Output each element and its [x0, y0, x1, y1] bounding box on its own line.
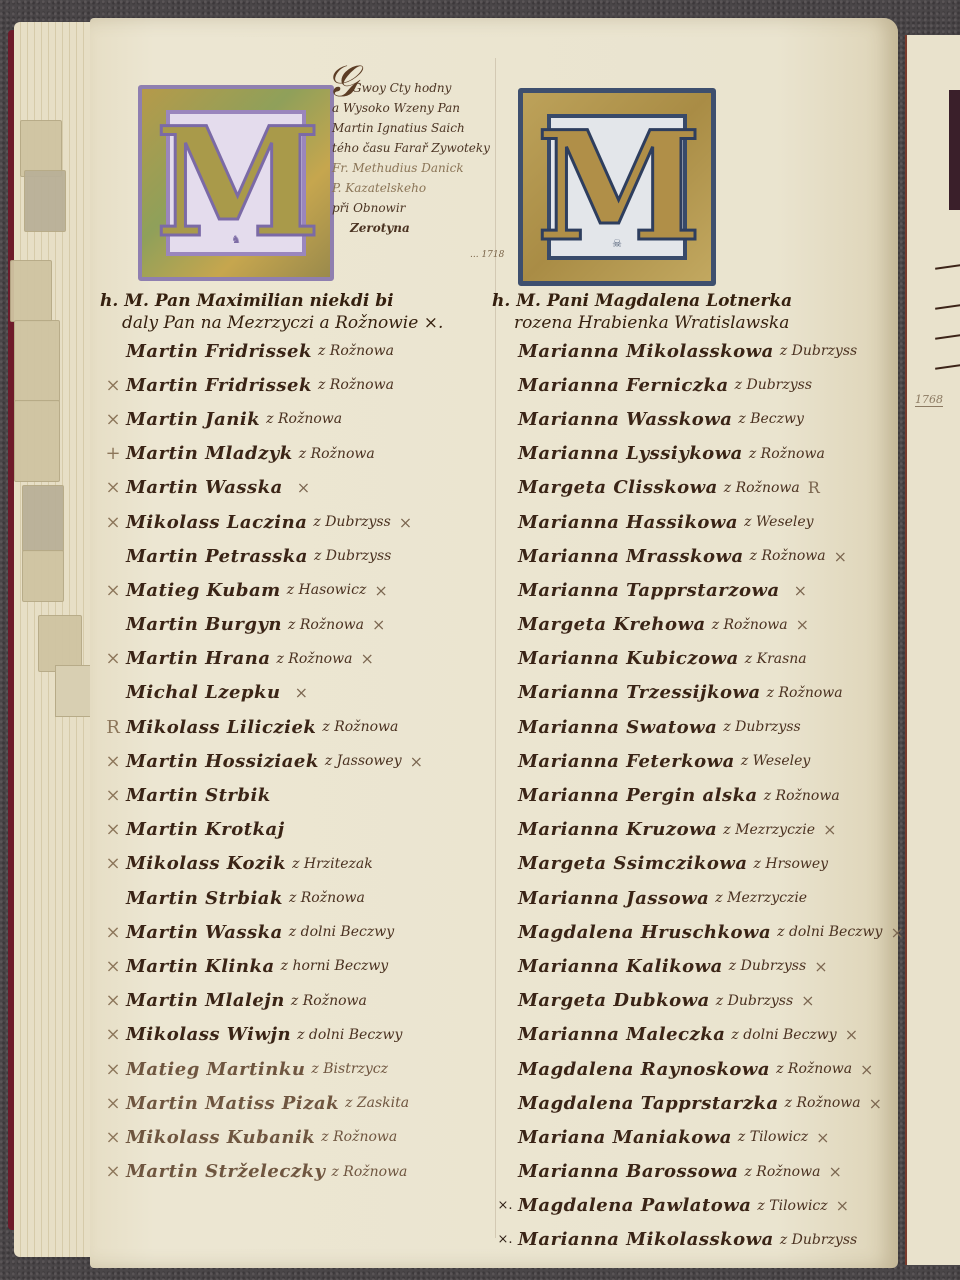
- list-item: ×Martin Matiss Pizakz Zaskita: [100, 1086, 510, 1120]
- member-name: Marianna Mrasskowa: [518, 546, 744, 567]
- cross-mark-icon: ×.: [492, 1232, 518, 1247]
- list-item: Martin Petrasskaz Dubrzyss: [100, 539, 510, 573]
- member-place: z Dubrzyss: [314, 548, 391, 564]
- member-place: z Zaskita: [345, 1095, 409, 1111]
- member-name: Margeta Dubkowa: [518, 990, 710, 1011]
- header-line: Fr. Methudius Danick: [332, 158, 517, 178]
- member-place: z Rožnowa: [289, 890, 365, 906]
- list-item: ×Matieg Kubamz Hasowicz×: [100, 573, 510, 607]
- member-name: Martin Mladzyk: [126, 443, 293, 464]
- list-item: ×Matieg Martinkuz Bistrzycz: [100, 1052, 510, 1086]
- member-name: Michal Lzepku: [126, 682, 281, 703]
- member-name: Marianna Pergin alska: [518, 785, 758, 806]
- deceased-mark-icon: ×: [796, 615, 809, 634]
- member-name: Marianna Lyssiykowa: [518, 443, 743, 464]
- cross-mark-icon: ×: [100, 1024, 126, 1045]
- member-name: Marianna Kalikowa: [518, 956, 723, 977]
- cross-mark-icon: ×: [100, 580, 126, 601]
- member-place: z Beczwy: [738, 411, 804, 427]
- list-item: Marianna Feterkowaz Weseley: [492, 744, 892, 778]
- list-item: Michal Lzepku×: [100, 676, 510, 710]
- member-name: Martin Wasska: [126, 477, 283, 498]
- member-name: Marianna Barossowa: [518, 1161, 738, 1182]
- list-item: Martin Burgynz Rožnowa×: [100, 608, 510, 642]
- member-name: Marianna Tapprstarzowa: [518, 580, 780, 601]
- cross-mark-icon: ×: [100, 990, 126, 1011]
- deceased-mark-icon: ×: [845, 1025, 858, 1044]
- cross-mark-icon: ×: [100, 853, 126, 874]
- member-place: z Mezrzyczie: [723, 822, 815, 838]
- cross-mark-icon: ×: [100, 375, 126, 396]
- deceased-mark-icon: ×: [372, 615, 385, 634]
- member-place: z Rožnowa: [750, 548, 826, 564]
- list-item: ×.Magdalena Pawlatowaz Tilowicz×: [492, 1189, 892, 1223]
- member-place: z Rožnowa: [299, 446, 375, 462]
- member-place: z Tilowicz: [757, 1198, 827, 1214]
- heading-subline: rozena Hrabienka Wratislawska: [492, 312, 892, 334]
- member-name: Margeta Krehowa: [518, 614, 706, 635]
- member-name: Matieg Kubam: [126, 580, 281, 601]
- member-name: Margeta Ssimczikowa: [518, 853, 748, 874]
- list-item: ×Martin Mlalejnz Rožnowa: [100, 984, 510, 1018]
- member-name: Marianna Maleczka: [518, 1024, 725, 1045]
- member-name: Margeta Clisskowa: [518, 477, 718, 498]
- list-item: ×Mikolass Laczinaz Dubrzyss×: [100, 505, 510, 539]
- member-name: Martin Mlalejn: [126, 990, 285, 1011]
- list-item: Marianna Kruzowaz Mezrzyczie×: [492, 813, 892, 847]
- member-place: z Dubrzyss: [729, 958, 806, 974]
- deceased-mark-icon: R: [808, 478, 820, 497]
- list-item: ×Mikolass Kozikz Hrzitezak: [100, 847, 510, 881]
- left-column: h. M. Pan Maximilian niekdi bi daly Pan …: [100, 290, 510, 1189]
- member-name: Magdalena Hruschkowa: [518, 922, 771, 943]
- right-column: h. M. Pani Magdalena Lotnerka rozena Hra…: [492, 290, 892, 1257]
- member-place: z Dubrzyss: [716, 993, 793, 1009]
- index-tab[interactable]: [14, 400, 60, 482]
- member-name: Martin Krotkaj: [126, 819, 285, 840]
- list-item: ×Martin Janikz Rožnowa: [100, 402, 510, 436]
- member-name: Marianna Mikolasskowa: [518, 341, 774, 362]
- cross-mark-icon: ×: [100, 819, 126, 840]
- list-item: Marianna Trzessijkowaz Rožnowa: [492, 676, 892, 710]
- member-name: Martin Strbiak: [126, 888, 283, 909]
- member-name: Martin Hrana: [126, 648, 270, 669]
- deceased-mark-icon: ×: [834, 547, 847, 566]
- cross-mark-icon: ×: [100, 956, 126, 977]
- list-item: ×Martin Wasska×: [100, 471, 510, 505]
- deceased-mark-icon: ×: [890, 923, 903, 942]
- deceased-mark-icon: ×: [410, 752, 423, 771]
- member-name: Martin Wasska: [126, 922, 283, 943]
- list-item: Marianna Wasskowaz Beczwy: [492, 402, 892, 436]
- member-place: z Rožnowa: [785, 1095, 861, 1111]
- list-item: Marianna Tapprstarzowa×: [492, 573, 892, 607]
- list-item: Margeta Dubkowaz Dubrzyss×: [492, 984, 892, 1018]
- horseman-icon: ♞: [231, 233, 241, 246]
- header-line: P. Kazatelskeho: [332, 178, 517, 198]
- deceased-mark-icon: ×: [828, 1162, 841, 1181]
- member-place: z Krasna: [745, 651, 807, 667]
- deceased-mark-icon: ×: [295, 683, 308, 702]
- list-item: Mariana Maniakowaz Tilowicz×: [492, 1120, 892, 1154]
- deceased-mark-icon: ×: [360, 649, 373, 668]
- member-name: Marianna Feterkowa: [518, 751, 735, 772]
- index-tab[interactable]: [38, 615, 82, 672]
- list-item: ×Mikolass Wiwjnz dolni Beczwy: [100, 1018, 510, 1052]
- header-line: Gwoy Cty hodny: [332, 78, 517, 98]
- deceased-mark-icon: ×: [823, 820, 836, 839]
- member-place: z Tilowicz: [738, 1129, 808, 1145]
- flourish-icon: 𝒢: [326, 56, 357, 107]
- list-item: ×Martin Strželeczkyz Rožnowa: [100, 1155, 510, 1189]
- header-line: a Wysoko Wzeny Pan: [332, 98, 517, 118]
- member-place: z dolni Beczwy: [297, 1027, 402, 1043]
- member-name: Marianna Trzessijkowa: [518, 682, 761, 703]
- list-item: ×Martin Hossiziaekz Jassowey×: [100, 744, 510, 778]
- list-item: Marianna Ferniczkaz Dubrzyss: [492, 368, 892, 402]
- list-item: Marianna Swatowaz Dubrzyss: [492, 710, 892, 744]
- list-item: Martin Fridrissekz Rožnowa: [100, 334, 510, 368]
- member-name: Marianna Jassowa: [518, 888, 709, 909]
- cross-mark-icon: R: [100, 717, 126, 738]
- cross-mark-icon: ×: [100, 512, 126, 533]
- cross-mark-icon: ×.: [492, 1198, 518, 1213]
- member-place: z Weseley: [744, 514, 814, 530]
- member-place: z Rožnowa: [776, 1061, 852, 1077]
- cross-mark-icon: +: [100, 443, 126, 464]
- member-place: z Dubrzyss: [723, 719, 800, 735]
- member-place: z Rožnowa: [318, 377, 394, 393]
- deceased-mark-icon: ×: [869, 1094, 882, 1113]
- index-tab[interactable]: [22, 550, 64, 602]
- list-item: Marianna Lyssiykowaz Rožnowa: [492, 437, 892, 471]
- index-tab[interactable]: [14, 320, 60, 402]
- list-item: ×Mikolass Kubanikz Rožnowa: [100, 1120, 510, 1154]
- member-place: z Rožnowa: [288, 617, 364, 633]
- list-item: ×Martin Hranaz Rožnowa×: [100, 642, 510, 676]
- member-name: Martin Janik: [126, 409, 260, 430]
- member-name: Mariana Maniakowa: [518, 1127, 732, 1148]
- deceased-mark-icon: ×: [860, 1060, 873, 1079]
- member-name: Magdalena Raynoskowa: [518, 1059, 770, 1080]
- list-item: ×Martin Klinkaz horni Beczwy: [100, 949, 510, 983]
- cross-mark-icon: ×: [100, 648, 126, 669]
- member-place: z Mezrzyczie: [715, 890, 807, 906]
- member-name: Mikolass Laczina: [126, 512, 307, 533]
- ink-stroke: [935, 302, 960, 310]
- member-place: z Hrsowey: [754, 856, 829, 872]
- member-place: z Bistrzycz: [311, 1061, 388, 1077]
- header-line: Zerotyna: [332, 218, 517, 238]
- member-name: Marianna Kruzowa: [518, 819, 717, 840]
- member-name: Martin Fridrissek: [126, 375, 312, 396]
- member-name: Martin Fridrissek: [126, 341, 312, 362]
- member-name: Martin Hossiziaek: [126, 751, 319, 772]
- ink-stroke: [935, 362, 960, 370]
- deceased-mark-icon: ×: [814, 957, 827, 976]
- list-item: Marianna Jassowaz Mezrzyczie: [492, 881, 892, 915]
- list-item: Marianna Kubiczowaz Krasna: [492, 642, 892, 676]
- member-place: z Hrzitezak: [292, 856, 373, 872]
- list-item: RMikolass Lilicziekz Rožnowa: [100, 710, 510, 744]
- member-place: z Dubrzyss: [313, 514, 390, 530]
- list-item: Marianna Barossowaz Rožnowa×: [492, 1155, 892, 1189]
- list-item: ×Martin Fridrissekz Rožnowa: [100, 368, 510, 402]
- list-item: ×Martin Wasskaz dolni Beczwy: [100, 915, 510, 949]
- member-place: z Rožnowa: [318, 343, 394, 359]
- list-item: ×.Marianna Mikolasskowaz Dubrzyss: [492, 1223, 892, 1257]
- list-item: Magdalena Tapprstarzkaz Rožnowa×: [492, 1086, 892, 1120]
- entry-list: Martin Fridrissekz Rožnowa×Martin Fridri…: [100, 334, 510, 1189]
- next-page-edge: 1768: [905, 35, 960, 1265]
- index-tab[interactable]: [24, 170, 66, 232]
- member-place: z dolni Beczwy: [777, 924, 882, 940]
- member-name: Marianna Kubiczowa: [518, 648, 739, 669]
- member-place: z Dubrzyss: [780, 1232, 857, 1248]
- year-note: 1768: [915, 393, 943, 407]
- member-name: Martin Strželeczky: [126, 1161, 325, 1182]
- illuminated-initial-left: M ♞: [138, 85, 334, 281]
- deceased-mark-icon: ×: [399, 513, 412, 532]
- member-name: Martin Strbik: [126, 785, 271, 806]
- list-item: Marianna Mrasskowaz Rožnowa×: [492, 539, 892, 573]
- member-place: z Rožnowa: [764, 788, 840, 804]
- entry-list: Marianna Mikolasskowaz DubrzyssMarianna …: [492, 334, 892, 1257]
- member-name: Magdalena Pawlatowa: [518, 1195, 751, 1216]
- member-place: z Dubrzyss: [735, 377, 812, 393]
- list-item: Margeta Ssimczikowaz Hrsowey: [492, 847, 892, 881]
- list-item: +Martin Mladzykz Rožnowa: [100, 437, 510, 471]
- member-name: Marianna Ferniczka: [518, 375, 729, 396]
- deceased-mark-icon: ×: [836, 1196, 849, 1215]
- header-note: 𝒢 Gwoy Cty hodny a Wysoko Wzeny Pan Mart…: [332, 78, 517, 238]
- member-name: Mikolass Kozik: [126, 853, 286, 874]
- deceased-mark-icon: ×: [801, 991, 814, 1010]
- list-item: Magdalena Raynoskowaz Rožnowa×: [492, 1052, 892, 1086]
- deceased-mark-icon: ×: [794, 581, 807, 600]
- cross-mark-icon: ×: [100, 751, 126, 772]
- member-name: Mikolass Lilicziek: [126, 717, 316, 738]
- header-line: Martin Ignatius Saich: [332, 118, 517, 138]
- list-item: Margeta Clisskowaz RožnowaR: [492, 471, 892, 505]
- deceased-mark-icon: ×: [816, 1128, 829, 1147]
- member-place: z Rožnowa: [744, 1164, 820, 1180]
- member-place: z Rožnowa: [749, 446, 825, 462]
- member-name: Marianna Swatowa: [518, 717, 717, 738]
- cross-mark-icon: ×: [100, 477, 126, 498]
- member-name: Martin Klinka: [126, 956, 275, 977]
- heading-line: h. M. Pan Maximilian niekdi bi: [100, 291, 394, 311]
- member-place: z Rožnowa: [767, 685, 843, 701]
- member-name: Matieg Martinku: [126, 1059, 305, 1080]
- heading-subline: daly Pan na Mezrzyczi a Rožnowie ×.: [100, 312, 510, 334]
- cross-mark-icon: ×: [100, 1161, 126, 1182]
- index-tab[interactable]: [20, 120, 62, 177]
- cross-mark-icon: ×: [100, 1059, 126, 1080]
- member-name: Magdalena Tapprstarzka: [518, 1093, 779, 1114]
- deceased-mark-icon: ×: [374, 581, 387, 600]
- member-place: z Rožnowa: [276, 651, 352, 667]
- member-place: z dolni Beczwy: [731, 1027, 836, 1043]
- list-item: Martin Strbiakz Rožnowa: [100, 881, 510, 915]
- member-name: Marianna Hassikowa: [518, 512, 738, 533]
- index-tab[interactable]: [10, 260, 52, 322]
- ink-stroke: [935, 262, 960, 270]
- date-note: ... 1718: [470, 250, 504, 260]
- member-name: Marianna Wasskowa: [518, 409, 732, 430]
- list-item: Marianna Mikolasskowaz Dubrzyss: [492, 334, 892, 368]
- cross-mark-icon: ×: [100, 922, 126, 943]
- cross-mark-icon: ×: [100, 409, 126, 430]
- member-name: Martin Burgyn: [126, 614, 282, 635]
- member-place: z Rožnowa: [331, 1164, 407, 1180]
- ink-stroke: [935, 332, 960, 340]
- member-name: Mikolass Kubanik: [126, 1127, 315, 1148]
- list-item: Marianna Maleczkaz dolni Beczwy×: [492, 1018, 892, 1052]
- member-name: Martin Matiss Pizak: [126, 1093, 339, 1114]
- member-place: z Hasowicz: [287, 582, 367, 598]
- member-place: z horni Beczwy: [281, 958, 389, 974]
- header-line: tého času Farař Zywoteky: [332, 138, 517, 158]
- member-place: z Jassowey: [325, 753, 402, 769]
- deceased-mark-icon: ×: [297, 478, 310, 497]
- cross-mark-icon: ×: [100, 1093, 126, 1114]
- illuminated-initial-right: M ☠: [518, 88, 716, 286]
- header-line: při Obnowir: [332, 198, 517, 218]
- penitent-figure-icon: ☠: [612, 237, 622, 250]
- member-place: z dolni Beczwy: [289, 924, 394, 940]
- member-place: z Rožnowa: [724, 480, 800, 496]
- list-item: Marianna Hassikowaz Weseley: [492, 505, 892, 539]
- member-place: z Rožnowa: [321, 1129, 397, 1145]
- member-name: Mikolass Wiwjn: [126, 1024, 291, 1045]
- member-place: z Rožnowa: [322, 719, 398, 735]
- column-heading: h. M. Pan Maximilian niekdi bi daly Pan …: [100, 290, 510, 334]
- list-item: Magdalena Hruschkowaz dolni Beczwy×: [492, 915, 892, 949]
- member-name: Martin Petrasska: [126, 546, 308, 567]
- list-item: ×Martin Strbik: [100, 778, 510, 812]
- member-place: z Rožnowa: [291, 993, 367, 1009]
- list-item: Marianna Pergin alskaz Rožnowa: [492, 778, 892, 812]
- heading-line: h. M. Pani Magdalena Lotnerka: [492, 291, 792, 311]
- cross-mark-icon: ×: [100, 1127, 126, 1148]
- list-item: Marianna Kalikowaz Dubrzyss×: [492, 949, 892, 983]
- member-name: Marianna Mikolasskowa: [518, 1229, 774, 1250]
- member-place: z Dubrzyss: [780, 343, 857, 359]
- column-heading: h. M. Pani Magdalena Lotnerka rozena Hra…: [492, 290, 892, 334]
- member-place: z Rožnowa: [712, 617, 788, 633]
- list-item: Margeta Krehowaz Rožnowa×: [492, 608, 892, 642]
- member-place: z Rožnowa: [266, 411, 342, 427]
- member-place: z Weseley: [741, 753, 811, 769]
- index-tab[interactable]: [22, 485, 64, 552]
- cross-mark-icon: ×: [100, 785, 126, 806]
- next-page-initial: [949, 90, 960, 210]
- list-item: ×Martin Krotkaj: [100, 813, 510, 847]
